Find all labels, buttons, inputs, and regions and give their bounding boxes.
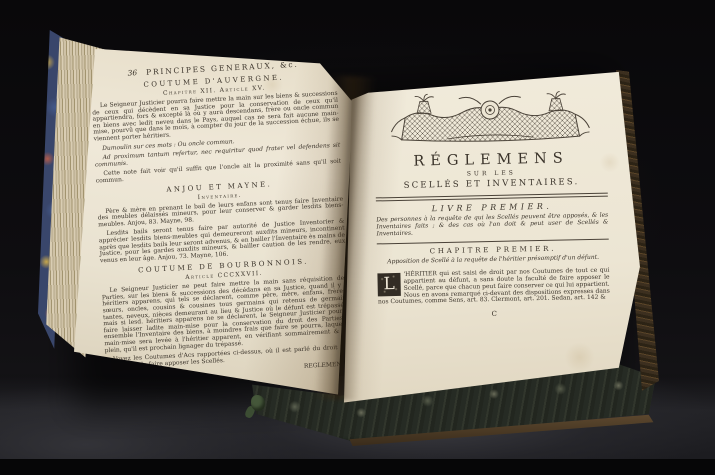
right-page-text-block: RÉGLEMENS SUR LES SCELLÉS ET INVENTAIRES…: [374, 90, 611, 321]
chapter-body-text: 'HÉRITIER qui est saisi de droit par nos…: [378, 267, 610, 306]
book-argument: Des personnes à la requête de qui les Sc…: [376, 213, 608, 238]
headpiece-ornament: [387, 90, 594, 148]
double-rule: [376, 193, 608, 202]
image-bottom-edge: [0, 459, 715, 475]
chapter-argument: Apposition de Scellé à la requête de l'h…: [377, 255, 609, 267]
right-page: RÉGLEMENS SUR LES SCELLÉS ET INVENTAIRES…: [344, 58, 646, 406]
title-scelles-inventaires: SCELLÉS ET INVENTAIRES.: [375, 177, 607, 192]
paragraph: Le Seigneur Justicier ne peut faire mett…: [101, 276, 350, 355]
signature-mark: C: [378, 308, 610, 321]
drop-cap: L: [377, 273, 400, 296]
chapter-body: L'HÉRITIER qui est saisi de droit par no…: [377, 268, 610, 307]
page-number: 36: [127, 68, 137, 77]
bookmark-ribbon-knot: [251, 395, 265, 411]
left-page-text-block: 36 PRINCIPES GENERAUX, &c. COUTUME D'AUV…: [90, 58, 352, 381]
book-photograph: 36 PRINCIPES GENERAUX, &c. COUTUME D'AUV…: [0, 0, 715, 475]
